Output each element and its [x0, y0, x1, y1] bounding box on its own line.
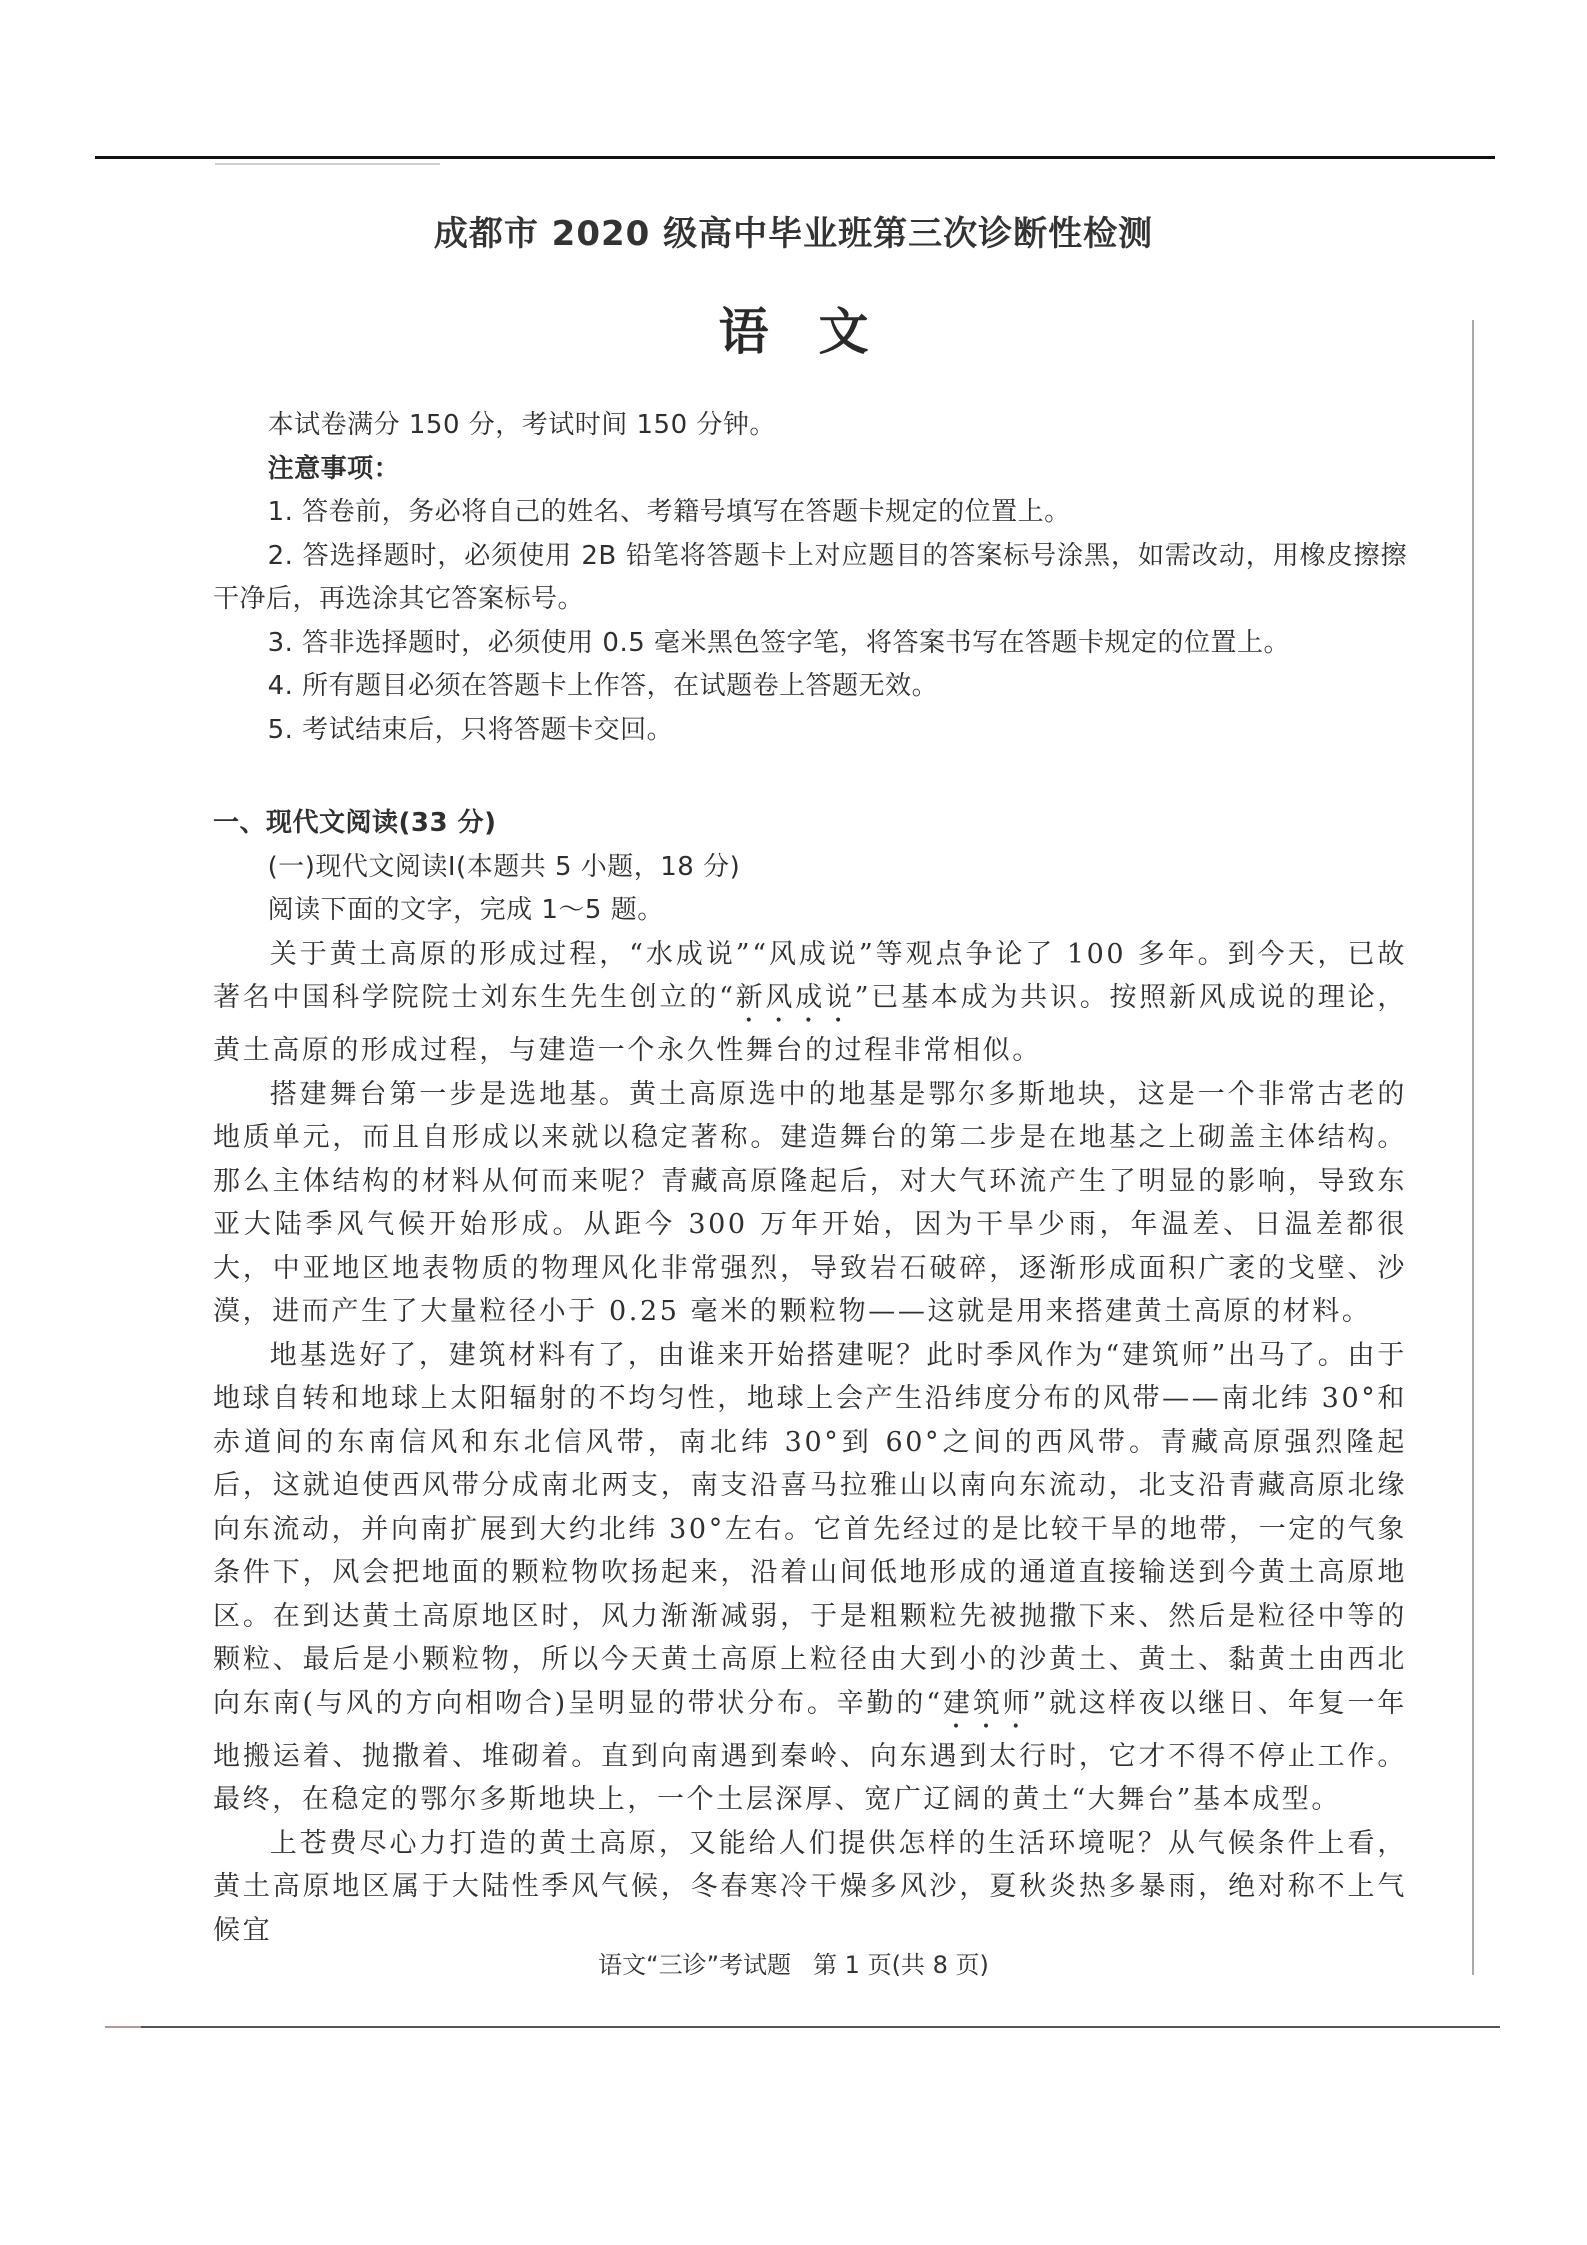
subject-title: 语文 [0, 292, 1587, 364]
passage-paragraph: 上苍费尽心力打造的黄土高原，又能给人们提供怎样的生活环境呢？从气候条件上看，黄土… [213, 1822, 1407, 1953]
exam-title: 成都市 2020 级高中毕业班第三次诊断性检测 [0, 206, 1587, 255]
page-number: 第 1 页(共 8 页) [813, 1951, 989, 1979]
bottom-rule [105, 2026, 1500, 2028]
right-margin-rule [1472, 320, 1474, 1975]
subject-char: 文 [819, 292, 869, 364]
footer-label: 语文“三诊”考试题 [598, 1951, 791, 1979]
exam-intro: 本试卷满分 150 分，考试时间 150 分钟。 [213, 404, 1407, 448]
paragraph-text: 地基选好了，建筑材料有了，由谁来开始搭建呢？此时季风作为“建筑师”出马了。由于地… [213, 1340, 1407, 1719]
paragraph-text: 上苍费尽心力打造的黄土高原，又能给人们提供怎样的生活环境呢？从气候条件上看，黄土… [213, 1828, 1407, 1946]
subject-char: 语 [719, 292, 769, 364]
passage-paragraph: 搭建舞台第一步是选地基。黄土高原选中的地基是鄂尔多斯地块，这是一个非常古老的地质… [213, 1073, 1407, 1334]
section-subheading: (一)现代文阅读Ⅰ(本题共 5 小题，18 分) [213, 846, 1407, 890]
emphasized-term: 新风成说 [735, 982, 854, 1013]
page-footer: 语文“三诊”考试题第 1 页(共 8 页) [0, 1945, 1587, 1980]
instruction-item: 4. 所有题目必须在答题卡上作答，在试题卷上答题无效。 [213, 665, 1407, 709]
instruction-item: 2. 答选择题时，必须使用 2B 铅笔将答题卡上对应题目的答案标号涂黑，如需改动… [213, 535, 1407, 622]
spacer [213, 752, 1407, 802]
bottom-rule-accent [105, 2026, 141, 2028]
exam-content: 本试卷满分 150 分，考试时间 150 分钟。 注意事项： 1. 答卷前，务必… [213, 404, 1407, 1952]
instruction-item: 3. 答非选择题时，必须使用 0.5 毫米黑色签字笔，将答案书写在答题卡规定的位… [213, 622, 1407, 666]
passage-paragraph: 关于黄土高原的形成过程，“水成说”“风成说”等观点争论了 100 多年。到今天，… [213, 933, 1407, 1073]
passage-paragraph: 地基选好了，建筑材料有了，由谁来开始搭建呢？此时季风作为“建筑师”出马了。由于地… [213, 1334, 1407, 1822]
instruction-item: 5. 考试结束后，只将答题卡交回。 [213, 709, 1407, 753]
instruction-item: 1. 答卷前，务必将自己的姓名、考籍号填写在答题卡规定的位置上。 [213, 491, 1407, 535]
instructions-heading: 注意事项： [213, 448, 1407, 492]
paragraph-text: 搭建舞台第一步是选地基。黄土高原选中的地基是鄂尔多斯地块，这是一个非常古老的地质… [213, 1079, 1407, 1328]
emphasized-term: 建筑师 [943, 1688, 1033, 1719]
top-rule [95, 156, 1495, 159]
reading-prompt: 阅读下面的文字，完成 1～5 题。 [213, 889, 1407, 933]
section-heading: 一、现代文阅读(33 分) [213, 802, 1407, 846]
top-rule-faint [215, 163, 440, 165]
